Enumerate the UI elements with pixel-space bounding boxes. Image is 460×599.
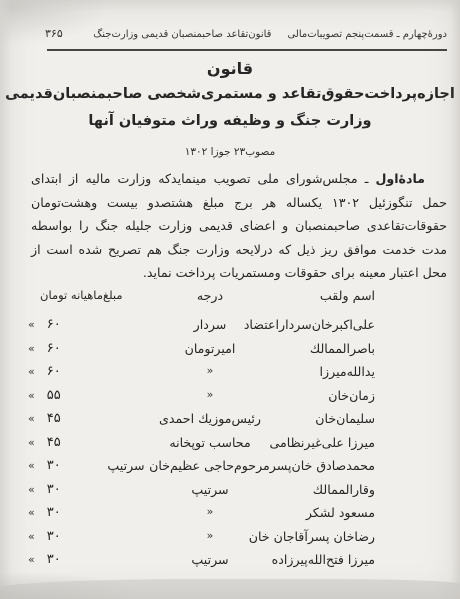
table-row: زمان‌خان « «۵۵ xyxy=(0,388,460,412)
page-number: ۳۶۵ xyxy=(45,27,63,40)
law-subtitle-line-2: وزارت جنگ و وظیفه وراث متوفیان آنها xyxy=(0,113,460,129)
running-head: دورۀچهارم ـ قسمت‌پنجم تصویبات‌مالی قانون… xyxy=(45,27,447,40)
amount-value: ۶۰ xyxy=(47,341,61,356)
ditto-mark: « xyxy=(28,530,35,543)
row-name: محمدصادق خان‌پسرمرحوم‌حاجی عظیم‌خان xyxy=(149,458,375,473)
article-1-body: مجلس‌شورای ملی تصویب مینمایدکه وزارت مال… xyxy=(31,171,447,280)
amount-value: ۳۰ xyxy=(47,552,61,567)
row-amount: «۳۰ xyxy=(28,458,61,473)
ditto-mark: « xyxy=(28,553,35,566)
row-rank: محاسب توپخانه xyxy=(145,435,275,450)
table-row: میرزا فتح‌الله‌پیرزاده سرتیپ «۳۰ xyxy=(0,552,460,576)
row-amount: «۳۰ xyxy=(28,505,61,520)
row-amount: «۳۰ xyxy=(28,552,61,567)
table-row: مسعود لشكر « «۳۰ xyxy=(0,505,460,529)
running-head-chapter: قانون‌تقاعد صاحبمنصبان قدیمی وزارت‌جنگ xyxy=(93,29,271,40)
table-row: وقارالممالك سرتیپ «۳۰ xyxy=(0,482,460,506)
ditto-mark: « xyxy=(28,459,35,472)
amount-value: ۳۰ xyxy=(47,529,61,544)
row-name: یدالله‌میرزا xyxy=(320,364,375,379)
ditto-mark: « xyxy=(28,412,35,425)
column-header-rank: درجه xyxy=(145,288,275,303)
row-rank: رئیس‌موزیك احمدی xyxy=(145,411,275,426)
pension-table: اسم ولقب درجه مبلغ‌ماهیانه تومان علی‌اکب… xyxy=(0,288,460,576)
amount-value: ۴۵ xyxy=(47,435,61,450)
pension-table-header: اسم ولقب درجه مبلغ‌ماهیانه تومان xyxy=(0,288,460,313)
article-1-paragraph: مادۀاول ـ مجلس‌شورای ملی تصویب مینمایدکه… xyxy=(31,167,447,285)
law-title: قانون xyxy=(0,59,460,78)
article-1-lead: مادۀاول xyxy=(375,171,425,186)
row-amount: «۴۵ xyxy=(28,411,61,426)
table-row: سلیمان‌خان رئیس‌موزیك احمدی «۴۵ xyxy=(0,411,460,435)
row-rank: سرتیپ xyxy=(84,458,168,473)
amount-value: ۶۰ xyxy=(47,317,61,332)
ditto-mark: « xyxy=(28,483,35,496)
row-name: سلیمان‌خان xyxy=(315,411,375,426)
amount-value: ۴۵ xyxy=(47,411,61,426)
table-row: میرزا علی‌غیرنظامی محاسب توپخانه «۴۵ xyxy=(0,435,460,459)
row-amount: «۶۰ xyxy=(28,364,61,379)
amount-value: ۳۰ xyxy=(47,482,61,497)
article-separator: ـ xyxy=(365,171,369,186)
row-amount: «۶۰ xyxy=(28,317,61,332)
row-amount: «۶۰ xyxy=(28,341,61,356)
row-rank-ditto: « xyxy=(145,388,275,401)
row-rank-ditto: « xyxy=(145,364,275,377)
ditto-mark: « xyxy=(28,318,35,331)
row-rank: سرتیپ xyxy=(145,552,275,567)
table-row: رضاخان پسرآقاجان خان « «۳۰ xyxy=(0,529,460,553)
row-rank: سرتیپ xyxy=(145,482,275,497)
ditto-mark: « xyxy=(28,365,35,378)
approval-date-line: مصوب۲۳ جوزا ۱۳۰۲ xyxy=(0,146,460,158)
row-amount: «۴۵ xyxy=(28,435,61,450)
table-row: یدالله‌میرزا « «۶۰ xyxy=(0,364,460,388)
row-rank-ditto: « xyxy=(145,505,275,518)
scan-shadow-bottom-left xyxy=(0,573,140,599)
amount-value: ۳۰ xyxy=(47,458,61,473)
row-name: وقارالممالك xyxy=(313,482,375,497)
table-row: علی‌اکبرخان‌سرداراعتضاد سردار «۶۰ xyxy=(0,317,460,341)
row-name: میرزا علی‌غیرنظامی xyxy=(269,435,375,450)
table-row: باصرالممالك امیرتومان «۶۰ xyxy=(0,341,460,365)
row-rank-ditto: « xyxy=(145,529,275,542)
row-amount: «۵۵ xyxy=(28,388,61,403)
row-amount: «۳۰ xyxy=(28,529,61,544)
row-rank: امیرتومان xyxy=(145,341,275,356)
column-header-name: اسم ولقب xyxy=(320,288,375,303)
row-name: مسعود لشكر xyxy=(306,505,375,520)
row-amount: «۳۰ xyxy=(28,482,61,497)
row-name: زمان‌خان xyxy=(328,388,375,403)
column-header-amount: مبلغ‌ماهیانه تومان xyxy=(40,288,123,302)
ditto-mark: « xyxy=(28,342,35,355)
pension-table-rows: علی‌اکبرخان‌سرداراعتضاد سردار «۶۰ باصرال… xyxy=(0,317,460,576)
ditto-mark: « xyxy=(28,389,35,402)
ditto-mark: « xyxy=(28,506,35,519)
law-subtitle-line-1: اجازه‌پرداخت‌حقوق‌تقاعد و مستمری‌شخصی صا… xyxy=(0,86,460,102)
table-row: محمدصادق خان‌پسرمرحوم‌حاجی عظیم‌خان سرتی… xyxy=(0,458,460,482)
scanned-page: دورۀچهارم ـ قسمت‌پنجم تصویبات‌مالی قانون… xyxy=(0,0,460,599)
row-rank: سردار xyxy=(145,317,275,332)
amount-value: ۳۰ xyxy=(47,505,61,520)
running-head-section: دورۀچهارم ـ قسمت‌پنجم تصویبات‌مالی xyxy=(287,29,447,40)
header-rule xyxy=(47,49,447,51)
amount-value: ۶۰ xyxy=(47,364,61,379)
row-name: باصرالممالك xyxy=(310,341,375,356)
ditto-mark: « xyxy=(28,436,35,449)
amount-value: ۵۵ xyxy=(47,388,61,403)
row-name: میرزا فتح‌الله‌پیرزاده xyxy=(272,552,375,567)
